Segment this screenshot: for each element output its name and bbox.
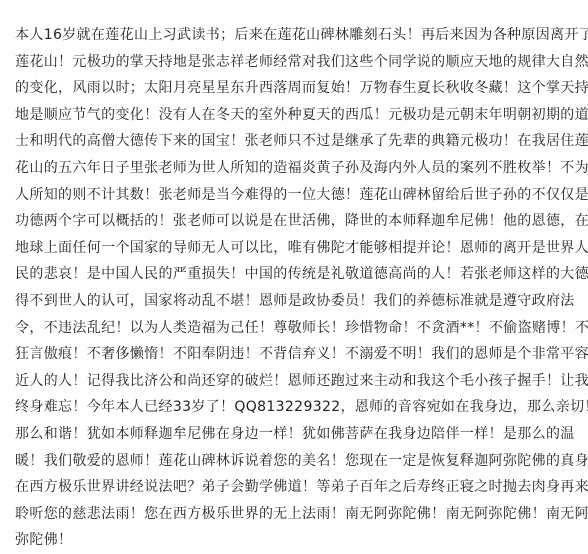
text-line: 狂言傲痕！不奢侈懒惰！不阳奉阴违！不背信弃义！不溺爱不明！我们的恩师是个非常平容	[15, 341, 580, 368]
text-line: 士和明代的高僧大德传下来的国宝！张老师只不过是继承了先辈的典籍元极功！在我居住莲	[15, 128, 580, 155]
text-line: 令，不违法乱纪！以为人类造福为己任！尊敬师长！珍惜物命！不贪酒**！不偷盗赌博！…	[15, 315, 580, 342]
text-line: 功德两个字可以概括的！张老师可以说是在世活佛，降世的本师释迦牟尼佛！他的恩德，在	[15, 208, 580, 235]
text-line: 花山的五六年日子里张老师为世人所知的造福炎黄子孙及海内外人员的案列不胜枚举！不为	[15, 155, 580, 182]
text-line: 本人16岁就在莲花山上习武读书；后来在莲花山碑林雕刻石头！再后来因为各种原因离开…	[15, 22, 580, 49]
text-line: 人所知的则不计其数！张老师是当今难得的一位大德！莲花山碑林留给后世子孙的不仅仅是	[15, 182, 580, 209]
text-line: 终身难忘！今年本人已经33岁了！QQ813229322，恩师的音容宛如在我身边，…	[15, 394, 580, 421]
text-line: 莲花山！元极功的掌天持地是张志祥老师经常对我们这些个同学说的顺应天地的规律大自然	[15, 49, 580, 76]
text-line: 近人的人！记得我比济公和尚还穿的破烂！恩师还跑过来主动和我这个毛小孩子握手！让我	[15, 368, 580, 395]
text-line: 那么和谐！犹如本师释迦牟尼佛在身边一样！犹如佛菩萨在我身边陪伴一样！是那么的温	[15, 421, 580, 448]
text-line: 在西方极乐世界讲经说法吧？弟子会勤学佛道！等弟子百年之后寿终正寝之时抛去肉身再来	[15, 474, 580, 501]
text-line: 的变化，风雨以时；太阳月亮星星东升西落周而复始！万物春生夏长秋收冬藏！这个掌天持	[15, 75, 580, 102]
text-line: 地是顺应节气的变化！没有人在冬天的室外种夏天的西瓜！元极功是元朝末年明朝初期的道	[15, 102, 580, 129]
text-line: 得不到世人的认可，国家将动乱不堪！恩师是政协委员！我们的养德标准就是遵守政府法	[15, 288, 580, 315]
text-line: 暖！我们敬爱的恩师！莲花山碑林诉说着您的美名！您现在一定是恢复释迦阿弥陀佛的真身	[15, 448, 580, 475]
text-line: 地球上面任何一个国家的导师无人可以比，唯有佛陀才能够相提并论！恩师的离开是世界人	[15, 235, 580, 262]
article-body: 本人16岁就在莲花山上习武读书；后来在莲花山碑林雕刻石头！再后来因为各种原因离开…	[15, 22, 580, 522]
text-line: 聆听您的慈悲法雨！您在西方极乐世界的无上法雨！南无阿弥陀佛！南无阿弥陀佛！南无阿	[15, 501, 580, 522]
text-line: 民的悲哀！是中国人民的严重损失！中国的传统是礼敬道德高尚的人！若张老师这样的大德	[15, 261, 580, 288]
